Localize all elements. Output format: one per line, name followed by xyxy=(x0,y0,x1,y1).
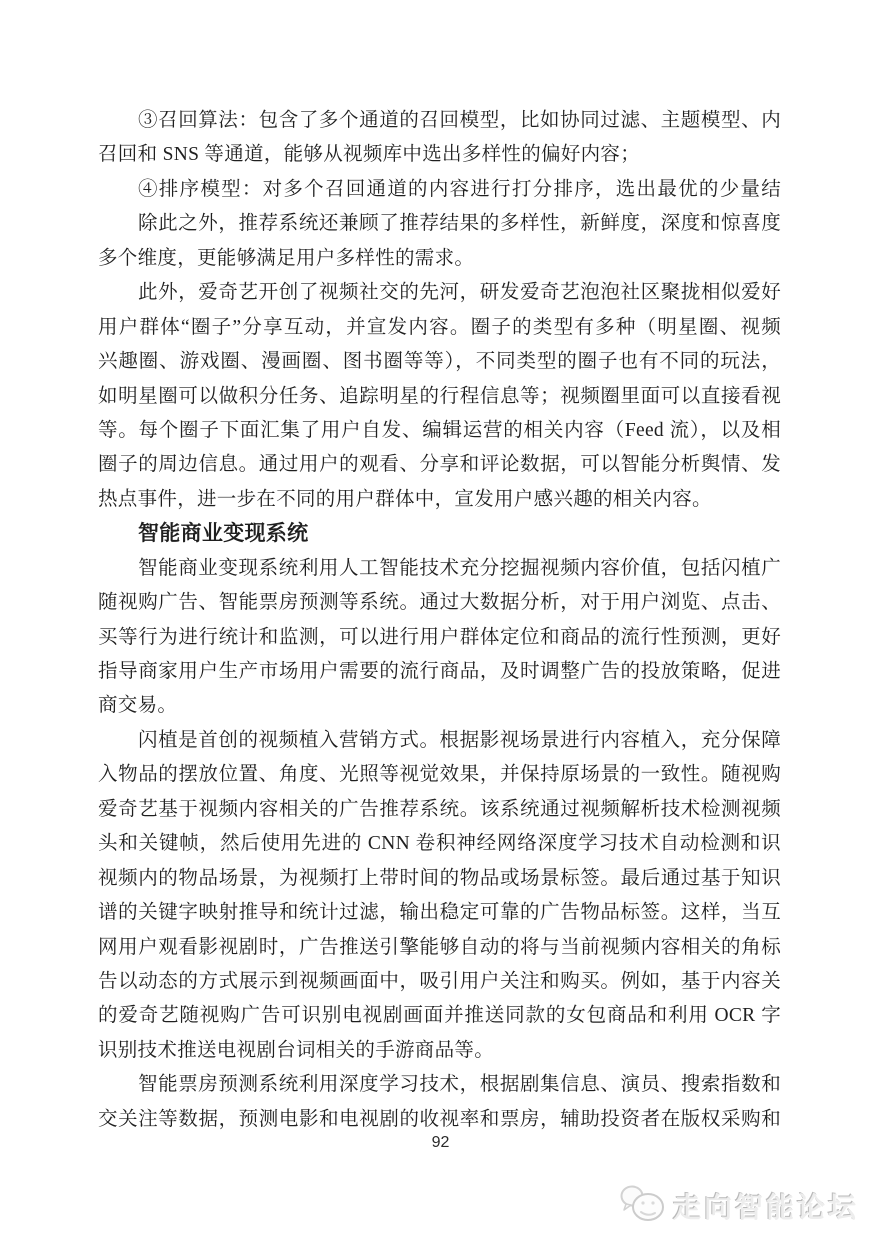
text-line: 交关注等数据，预测电影和电视剧的收视率和票房，辅助投资者在版权采购和内 xyxy=(98,1103,781,1137)
text-line: 随视购广告、智能票房预测等系统。通过大数据分析，对于用户浏览、点击、购 xyxy=(98,586,781,620)
text-line: ③召回算法：包含了多个通道的召回模型，比如协同过滤、主题模型、内容 xyxy=(98,104,781,138)
text-line: 圈子的周边信息。通过用户的观看、分享和评论数据，可以智能分析舆情、发掘 xyxy=(98,448,781,482)
heading-line: 智能商业变现系统 xyxy=(98,517,781,551)
watermark: 走向智能论坛 xyxy=(619,1181,859,1230)
paragraph: 此外，爱奇艺开创了视频社交的先河，研发爱奇艺泡泡社区聚拢相似爱好的用户群体“圈子… xyxy=(98,276,781,517)
page-number: 92 xyxy=(0,1134,881,1152)
text-line: 多个维度，更能够满足用户多样性的需求。 xyxy=(98,242,781,276)
text-line: 头和关键帧，然后使用先进的 CNN 卷积神经网络深度学习技术自动检测和识别 xyxy=(98,827,781,861)
text-line: 爱奇艺基于视频内容相关的广告推荐系统。该系统通过视频解析技术检测视频镜 xyxy=(98,793,781,827)
text-line: 智能票房预测系统利用深度学习技术，根据剧集信息、演员、搜索指数和社 xyxy=(98,1068,781,1102)
text-line: 告以动态的方式展示到视频画面中，吸引用户关注和购买。例如，基于内容关联 xyxy=(98,965,781,999)
text-line: 谱的关键字映射推导和统计过滤，输出稳定可靠的广告物品标签。这样，当互联 xyxy=(98,896,781,930)
document-page: ③召回算法：包含了多个通道的召回模型，比如协同过滤、主题模型、内容召回和 SNS… xyxy=(0,0,881,1245)
text-line: 智能商业变现系统利用人工智能技术充分挖掘视频内容价值，包括闪植广告、 xyxy=(98,552,781,586)
paragraph: 除此之外，推荐系统还兼顾了推荐结果的多样性，新鲜度，深度和惊喜度等多个维度，更能… xyxy=(98,207,781,276)
text-line: 指导商家用户生产市场用户需要的流行商品，及时调整广告的投放策略，促进电 xyxy=(98,655,781,689)
text-line: 商交易。 xyxy=(98,689,781,723)
document-body: ③召回算法：包含了多个通道的召回模型，比如协同过滤、主题模型、内容召回和 SNS… xyxy=(98,104,781,1137)
paragraph: ③召回算法：包含了多个通道的召回模型，比如协同过滤、主题模型、内容召回和 SNS… xyxy=(98,104,781,173)
text-line: 的爱奇艺随视购广告可识别电视剧画面并推送同款的女包商品和利用 OCR 字幕 xyxy=(98,999,781,1033)
text-line: 网用户观看影视剧时，广告推送引擎能够自动的将与当前视频内容相关的角标广 xyxy=(98,931,781,965)
text-line: 热点事件，进一步在不同的用户群体中，宣发用户感兴趣的相关内容。 xyxy=(98,483,781,517)
paragraph: 智能商业变现系统利用人工智能技术充分挖掘视频内容价值，包括闪植广告、随视购广告、… xyxy=(98,552,781,724)
text-line: 如明星圈可以做积分任务、追踪明星的行程信息等；视频圈里面可以直接看视频 xyxy=(98,380,781,414)
section-heading: 智能商业变现系统 xyxy=(98,517,781,551)
text-line: 入物品的摆放位置、角度、光照等视觉效果，并保持原场景的一致性。随视购是 xyxy=(98,758,781,792)
paragraph: 智能票房预测系统利用深度学习技术，根据剧集信息、演员、搜索指数和社交关注等数据，… xyxy=(98,1068,781,1137)
watermark-text: 走向智能论坛 xyxy=(673,1186,859,1226)
text-line: 召回和 SNS 等通道，能够从视频库中选出多样性的偏好内容； xyxy=(98,138,781,172)
paragraph: ④排序模型：对多个召回通道的内容进行打分排序，选出最优的少量结果。 xyxy=(98,173,781,207)
text-line: 此外，爱奇艺开创了视频社交的先河，研发爱奇艺泡泡社区聚拢相似爱好的 xyxy=(98,276,781,310)
panda-chat-icon xyxy=(619,1181,667,1230)
text-line: 除此之外，推荐系统还兼顾了推荐结果的多样性，新鲜度，深度和惊喜度等 xyxy=(98,207,781,241)
text-line: 兴趣圈、游戏圈、漫画圈、图书圈等等），不同类型的圈子也有不同的玩法，比 xyxy=(98,345,781,379)
text-line: 等。每个圈子下面汇集了用户自发、编辑运营的相关内容（Feed 流），以及相关 xyxy=(98,414,781,448)
text-line: 视频内的物品场景，为视频打上带时间的物品或场景标签。最后通过基于知识图 xyxy=(98,862,781,896)
paragraph: 闪植是首创的视频植入营销方式。根据影视场景进行内容植入，充分保障植入物品的摆放位… xyxy=(98,724,781,1068)
text-line: 买等行为进行统计和监测，可以进行用户群体定位和商品的流行性预测，更好的 xyxy=(98,621,781,655)
text-line: 用户群体“圈子”分享互动，并宣发内容。圈子的类型有多种（明星圈、视频圈、 xyxy=(98,311,781,345)
text-line: 识别技术推送电视剧台词相关的手游商品等。 xyxy=(98,1034,781,1068)
text-line: 闪植是首创的视频植入营销方式。根据影视场景进行内容植入，充分保障植 xyxy=(98,724,781,758)
text-line: ④排序模型：对多个召回通道的内容进行打分排序，选出最优的少量结果。 xyxy=(98,173,781,207)
